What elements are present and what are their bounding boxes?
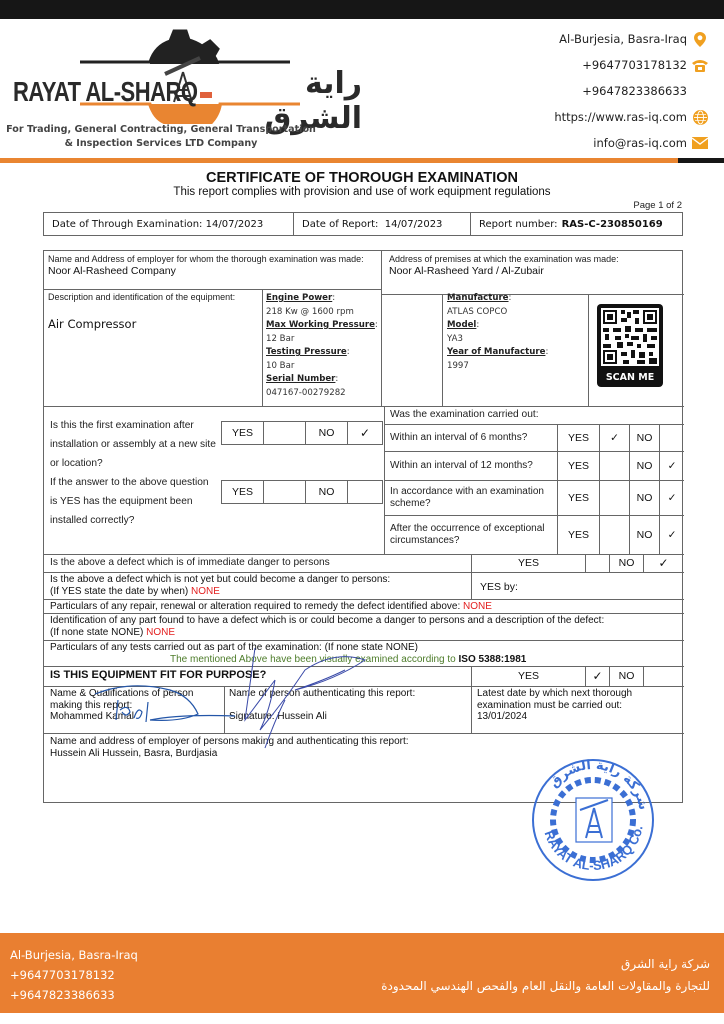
serial-number-label: Serial Number <box>266 374 335 384</box>
certificate-title: CERTIFICATE OF THOROUGH EXAMINATION <box>0 170 724 186</box>
divider <box>262 289 263 406</box>
divider <box>471 686 472 733</box>
qr-code-icon <box>601 308 659 366</box>
employer-cell: Name and Address of employer for whom th… <box>48 254 378 277</box>
carried-out-yes-no: YESNO✓ <box>557 480 684 515</box>
employer-label: Name and Address of employer for whom th… <box>48 254 378 265</box>
installed-no-box[interactable] <box>348 481 382 503</box>
report-number-label: Report number: <box>479 219 558 230</box>
equipment-value: Air Compressor <box>48 317 258 331</box>
footer-arabic-line-2: للتجارة والمقاولات العامة والنقل العام و… <box>381 975 710 997</box>
footer-arabic-line-1: شركة راية الشرق <box>381 953 710 975</box>
equipment-description-cell: Description and identification of the eq… <box>48 292 258 331</box>
premises-value: Noor Al-Rasheed Yard / Al-Zubair <box>389 265 679 277</box>
contact-email: info@ras-iq.com <box>554 130 708 156</box>
installed-yes-box[interactable] <box>264 481 306 503</box>
footer-address: Al-Burjesia, Basra-Iraq <box>10 945 138 965</box>
yes-by-label: YES by: <box>480 581 518 593</box>
divider <box>44 599 684 600</box>
installed-correctly-yes-no: YES NO <box>221 480 383 504</box>
carried-out-question: Within an interval of 12 months? <box>390 451 555 480</box>
future-danger-question: Is the above a defect which is not yet b… <box>50 574 390 586</box>
globe-icon <box>692 109 708 125</box>
serial-number-value: 047167-00279282 <box>266 387 381 401</box>
divider <box>471 572 472 599</box>
report-date-value: 14/07/2023 <box>385 219 443 230</box>
immediate-no-box[interactable]: ✓ <box>644 554 683 572</box>
immediate-danger-question: Is the above a defect which is of immedi… <box>50 554 330 572</box>
certificate-subtitle: This report complies with provision and … <box>0 186 724 198</box>
next-exam-cell: Latest date by which next thorough exami… <box>477 688 677 723</box>
contact-address-text: Al-Burjesia, Basra-Iraq <box>559 32 687 46</box>
fit-for-purpose-yes-no: YES ✓ NO <box>472 666 683 686</box>
contact-phone-1-text[interactable]: +9647703178132 <box>582 58 687 72</box>
fit-no-box[interactable] <box>644 666 683 686</box>
carried-out-yes-box[interactable] <box>600 480 630 515</box>
tests-standard: ISO 5388:1981 <box>459 654 527 665</box>
next-exam-label: Latest date by which next thorough exami… <box>477 688 677 711</box>
divider <box>44 289 381 290</box>
carried-out-no-label: NO <box>630 451 660 480</box>
premises-cell: Address of premises at which the examina… <box>389 254 679 277</box>
premises-label: Address of premises at which the examina… <box>389 254 679 265</box>
fit-no-label: NO <box>610 666 644 686</box>
phone-icon <box>692 57 708 73</box>
footer-contacts: Al-Burjesia, Basra-Iraq +9647703178132 +… <box>10 945 138 1005</box>
contact-phone-2: +9647823386633 <box>554 78 708 104</box>
carried-out-no-label: NO <box>630 424 660 451</box>
repair-cell: Particulars of any repair, renewal or al… <box>50 601 492 612</box>
first-exam-question: Is this the first examination after inst… <box>50 416 218 473</box>
carried-out-yes-box[interactable] <box>600 515 630 554</box>
immediate-yes-box[interactable] <box>586 554 610 572</box>
top-bar <box>0 0 724 19</box>
carried-out-question: Within an interval of 6 months? <box>390 424 555 451</box>
model-value: YA3 <box>447 333 587 347</box>
report-date-label: Date of Report: <box>302 219 378 230</box>
part-defect-cell: Identification of any part found to have… <box>50 615 604 639</box>
immediate-yes-label: YES <box>472 554 586 572</box>
carried-out-no-box[interactable]: ✓ <box>660 480 684 515</box>
footer: Al-Burjesia, Basra-Iraq +9647703178132 +… <box>0 933 724 1013</box>
qr-code[interactable]: SCAN ME <box>597 304 663 387</box>
repair-question: Particulars of any repair, renewal or al… <box>50 601 460 612</box>
future-danger-value: NONE <box>191 586 220 597</box>
mail-icon <box>692 135 708 151</box>
first-exam-yes-box[interactable] <box>264 422 306 444</box>
testing-pressure-label: Testing Pressure <box>266 347 347 357</box>
carried-out-yes-no: YES✓NO <box>557 424 684 451</box>
carried-out-no-box[interactable]: ✓ <box>660 451 684 480</box>
fit-yes-box[interactable]: ✓ <box>586 666 610 686</box>
footer-arabic-name: شركة راية الشرق للتجارة والمقاولات العام… <box>381 953 710 997</box>
contact-phone-2-text[interactable]: +9647823386633 <box>582 84 687 98</box>
qr-scan-me-label: SCAN ME <box>597 372 663 383</box>
carried-out-yes-label: YES <box>558 515 600 554</box>
header-divider-black <box>678 158 724 163</box>
carried-out-question: After the occurrence of exceptional circ… <box>390 515 555 554</box>
installed-no-label: NO <box>306 481 348 503</box>
equipment-label: Description and identification of the eq… <box>48 292 258 303</box>
manufacture-label: Manufacture <box>447 293 509 303</box>
carried-out-heading: Was the examination carried out: <box>390 405 539 424</box>
future-danger-cell: Is the above a defect which is not yet b… <box>50 574 390 598</box>
divider <box>44 613 684 614</box>
first-exam-no-label: NO <box>306 422 348 444</box>
carried-out-yes-label: YES <box>558 480 600 515</box>
repair-value: NONE <box>463 601 492 612</box>
carried-out-yes-no: YESNO✓ <box>557 515 684 554</box>
testing-pressure-value: 10 Bar <box>266 360 381 374</box>
location-pin-icon <box>692 31 708 47</box>
tagline-line-2: & Inspection Services LTD Company <box>0 137 322 151</box>
contact-website: https://www.ras-iq.com <box>554 104 708 130</box>
year-label: Year of Manufacture <box>447 347 545 357</box>
report-number-value: RAS-C-230850169 <box>562 219 663 230</box>
company-logo: RAYAT AL-SHARQ راية الشرق For Trading, G… <box>0 19 362 159</box>
carried-out-no-box[interactable] <box>660 424 684 451</box>
report-date-cell: Date of Report: 14/07/2023 <box>294 213 471 235</box>
contact-icon-spacer <box>692 83 708 99</box>
exam-date-label: Date of Through Examination: <box>52 219 202 230</box>
carried-out-yes-box[interactable]: ✓ <box>600 424 630 451</box>
equipment-specs-cell: Engine Power: 218 Kw @ 1600 rpm Max Work… <box>266 292 381 400</box>
divider <box>44 406 684 407</box>
next-exam-date: 13/01/2024 <box>477 711 677 723</box>
header-divider-orange <box>0 158 678 163</box>
contact-phone-1: +9647703178132 <box>554 52 708 78</box>
contact-address: Al-Burjesia, Basra-Iraq <box>554 26 708 52</box>
carried-out-no-box[interactable]: ✓ <box>660 515 684 554</box>
authenticator-signature-icon <box>215 640 395 750</box>
carried-out-no-label: NO <box>630 515 660 554</box>
footer-phone-2[interactable]: +9647823386633 <box>10 985 138 1005</box>
engine-power-label: Engine Power <box>266 293 332 303</box>
report-number-cell: Report number:RAS-C-230850169 <box>471 213 682 235</box>
max-pressure-label: Max Working Pressure <box>266 320 375 330</box>
exam-date-value: 14/07/2023 <box>206 219 264 230</box>
installed-correctly-question: If the answer to the above question is Y… <box>50 473 218 530</box>
model-label: Model <box>447 320 476 330</box>
max-pressure-value: 12 Bar <box>266 333 381 347</box>
year-value: 1997 <box>447 360 587 374</box>
immediate-no-label: NO <box>610 554 644 572</box>
tagline-line-1: For Trading, General Contracting, Genera… <box>0 123 322 137</box>
part-defect-question: Identification of any part found to have… <box>50 615 604 627</box>
footer-phone-1[interactable]: +9647703178132 <box>10 965 138 985</box>
first-exam-yes-label: YES <box>222 422 264 444</box>
part-defect-hint: (If none state NONE) <box>50 627 143 638</box>
company-stamp-icon: RAYAT AL-SHARQ Co. شركة راية الشرق <box>528 758 658 888</box>
carried-out-question: In accordance with an examination scheme… <box>390 480 555 515</box>
header-contact-block: Al-Burjesia, Basra-Iraq +9647703178132 +… <box>554 26 708 156</box>
installed-yes-label: YES <box>222 481 264 503</box>
carried-out-yes-no: YESNO✓ <box>557 451 684 480</box>
first-exam-no-box[interactable]: ✓ <box>348 422 382 444</box>
carried-out-no-label: NO <box>630 480 660 515</box>
logo-text-english: RAYAT AL-SHARQ <box>13 76 198 109</box>
immediate-danger-yes-no: YES NO ✓ <box>472 554 683 572</box>
contact-email-link[interactable]: info@ras-iq.com <box>593 136 687 150</box>
part-defect-value: NONE <box>146 627 175 638</box>
page-number: Page 1 of 2 <box>633 200 682 211</box>
employer-value: Noor Al-Rasheed Company <box>48 265 378 277</box>
fit-yes-label: YES <box>472 666 586 686</box>
divider <box>588 294 589 406</box>
manufacturer-cell: Manufacture: ATLAS COPCO Model: YA3 Year… <box>447 292 587 373</box>
date-bar: Date of Through Examination: 14/07/2023 … <box>43 212 683 236</box>
exam-date-cell: Date of Through Examination: 14/07/2023 <box>44 213 294 235</box>
carried-out-yes-box[interactable] <box>600 451 630 480</box>
contact-website-link[interactable]: https://www.ras-iq.com <box>554 110 687 124</box>
divider <box>442 294 443 406</box>
first-exam-yes-no: YES NO ✓ <box>221 421 383 445</box>
company-tagline: For Trading, General Contracting, Genera… <box>0 123 322 151</box>
divider <box>44 572 684 573</box>
future-danger-hint: (If YES state the date by when) <box>50 586 188 597</box>
engine-power-value: 218 Kw @ 1600 rpm <box>266 306 381 320</box>
divider <box>381 251 382 406</box>
carried-out-yes-label: YES <box>558 451 600 480</box>
manufacture-value: ATLAS COPCO <box>447 306 587 320</box>
carried-out-yes-label: YES <box>558 424 600 451</box>
